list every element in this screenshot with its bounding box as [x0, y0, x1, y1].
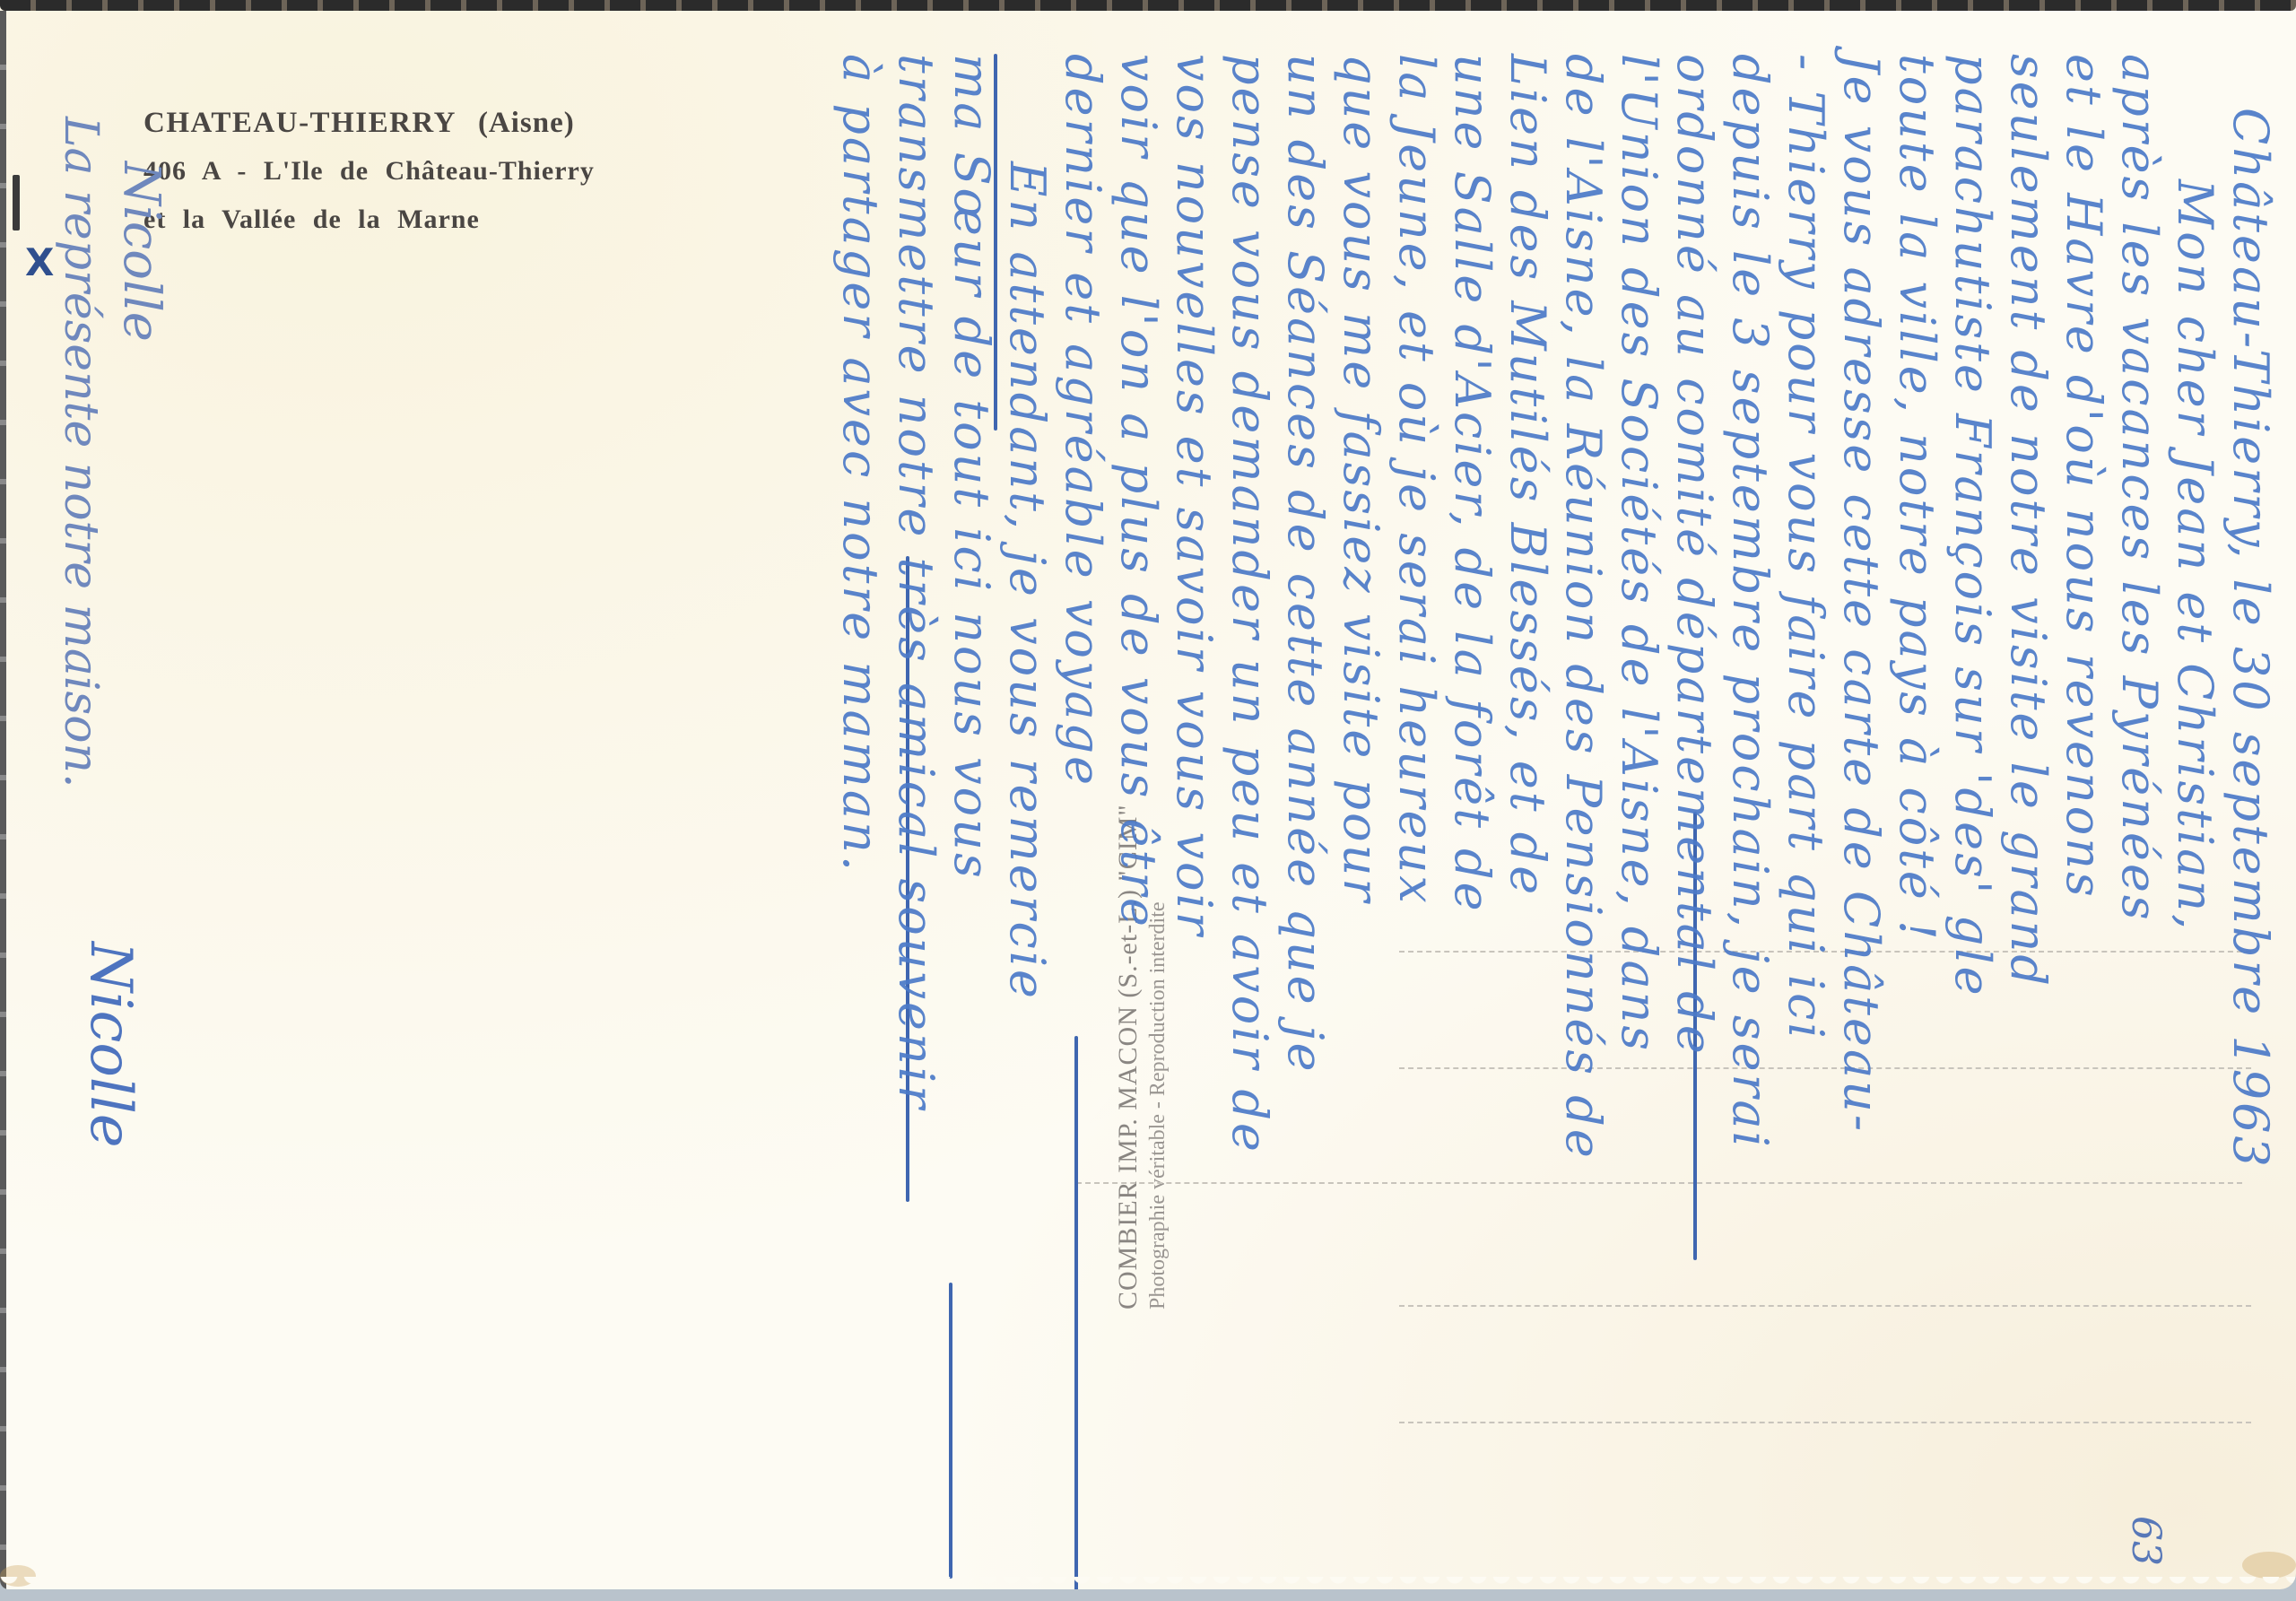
letter-line: pense vous demander un peu et avoir de: [1222, 54, 1277, 1579]
letter-line: toute la ville, notre pays à côté !: [1889, 54, 1944, 1579]
letter-line: - Thierry pour vous faire part qui ici: [1778, 54, 1833, 1579]
printed-caption: CHATEAU-THIERRY(Aisne) 406 A - L'Ile de …: [143, 99, 595, 244]
side-note-name: Nicolle: [112, 161, 170, 342]
letter-date: Château-Thierry, le 30 septembre 1963: [2222, 54, 2278, 1579]
letter-line: l'Union des Sociétés de l'Aisne, dans: [1611, 54, 1666, 1579]
caption-line-1: CHATEAU-THIERRY(Aisne): [143, 99, 595, 147]
margin-mark: [13, 175, 20, 231]
letter-line: un des Séances de cette année que je: [1277, 54, 1333, 1579]
letter-line: depuis le 3 septembre prochain, je serai: [1722, 54, 1778, 1579]
letter-line: En attendant, je vous remercie: [999, 54, 1055, 1579]
letter-line: que vous me fassiez visite pour: [1333, 54, 1388, 1579]
postcard-back: CHATEAU-THIERRY(Aisne) 406 A - L'Ile de …: [0, 0, 2296, 1589]
letter-line: la Jeune, et où je serai heureux: [1388, 54, 1444, 1579]
top-deckle-edge: [0, 0, 2296, 11]
letter-greeting: Mon cher Jean et Christian,: [2167, 54, 2222, 1579]
caption-subtitle: et la Vallée de la Marne: [143, 196, 595, 244]
x-mark: X: [25, 240, 54, 284]
letter-line: seulement de notre visite le grand: [2000, 54, 2056, 1579]
letter-line: transmettre notre très amical souvenir: [888, 54, 944, 1579]
caption-title: L'Ile de Château-Thierry: [264, 156, 595, 186]
letter-line: voir que l'on a plus de vous être: [1110, 54, 1166, 1579]
handwritten-letter: Château-Thierry, le 30 septembre 1963 Mo…: [832, 54, 2278, 1579]
letter-line: après les vacances les Pyrénées: [2111, 54, 2167, 1579]
letter-line: une Salle d'Acier, de la forêt de: [1444, 54, 1500, 1579]
letter-line: parachutiste François sur 'des' gle: [1944, 54, 2000, 1579]
caption-separator: -: [237, 156, 247, 186]
letter-line: et le Havre d'où nous revenons: [2056, 54, 2111, 1579]
letter-line: ma Sœur de tout ici nous vous: [944, 54, 999, 1579]
signature: Nicolle: [77, 942, 143, 1148]
margin-note: La représente notre maison.: [54, 117, 108, 788]
letter-line: Je vous adresse cette carte de Château-: [1833, 54, 1889, 1579]
letter-line: vos nouvelles et savoir vous voir: [1166, 54, 1222, 1579]
caption-place: CHATEAU-THIERRY: [143, 107, 457, 139]
bottom-deckle-edge: [0, 1577, 2296, 1589]
letter-line: dernier et agréable voyage: [1055, 54, 1110, 1579]
letter-line: de l'Aisne, la Réunion des Pensionnés de: [1555, 54, 1611, 1579]
letter-line: Lien des Mutilés Blessés, et de: [1500, 54, 1555, 1579]
left-edge-strip: [0, 11, 6, 1589]
letter-line: à partager avec notre maman.: [832, 54, 888, 1579]
caption-department: (Aisne): [478, 107, 575, 139]
corner-year-mark: 63: [2123, 1516, 2169, 1566]
caption-line-2: 406 A - L'Ile de Château-Thierry: [143, 147, 595, 196]
letter-line: ordonné au comité départemental de: [1666, 54, 1722, 1579]
